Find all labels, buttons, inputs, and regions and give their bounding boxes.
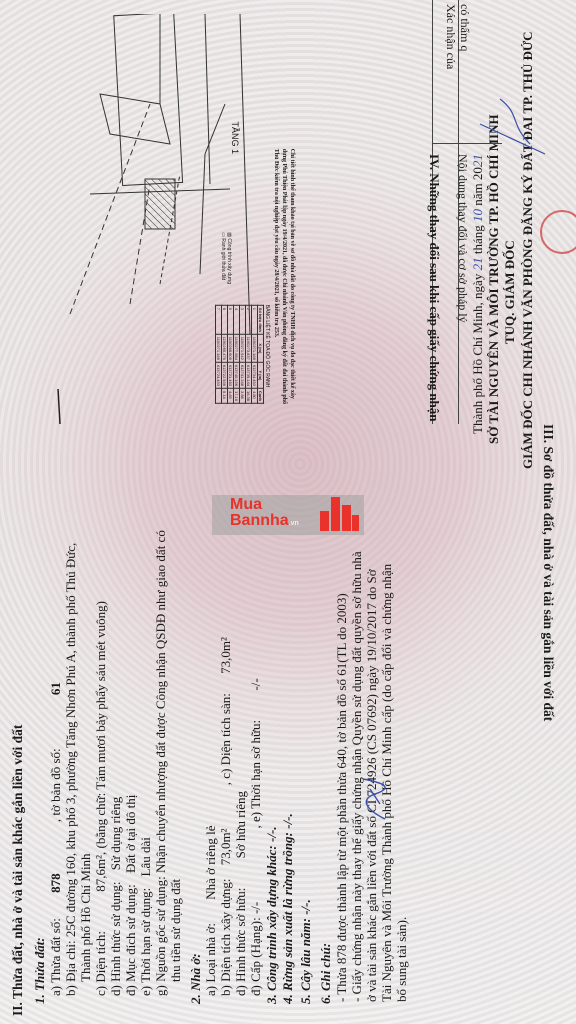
coord-header: X (m) — [258, 334, 264, 362]
grade-row: đ) Cấp (Hạng): -/- , e) Thời hạn sở hữu:… — [248, 678, 263, 996]
floor-label: TẦNG 1 — [230, 121, 240, 154]
table-row: 21190273.837613739.14416.38 — [246, 305, 252, 403]
house-type-value: Nhà ở riêng lẻ — [203, 825, 218, 899]
section-4-title: IV. Những thay đổi sau khi cấp giấy chứn… — [426, 154, 442, 422]
own-term-label: , e) Thời hạn sở hữu: — [248, 720, 263, 829]
use-form-value: Sử dụng riêng — [108, 797, 123, 871]
grade-label: đ) Cấp (Hạng): — [248, 917, 263, 996]
term-value: Lâu dài — [138, 837, 153, 876]
issue-month: 10 — [470, 209, 485, 222]
map-sheet-number: 61 — [48, 682, 63, 695]
grade-value: -/- — [248, 902, 263, 914]
perennial-trees: 5. Cây lâu năm: -/-. — [298, 899, 313, 1004]
parcel-row: a) Thửa đất số: 878 , tờ bản đồ số: 61 — [48, 682, 63, 996]
coord-cell: 7 — [216, 305, 222, 334]
coord-cell: 16.38 — [246, 388, 252, 403]
survey-note-line: Thủ Đức kiểm tra nội nghiệp đạt yêu cầu … — [272, 149, 280, 404]
ownership-row: d) Hình thức sở hữu: Sở hữu riêng — [233, 791, 248, 996]
coord-cell: 3.88 — [240, 388, 246, 403]
coordinate-table: Số hiệu đỉnhX (m)Y (m)Cạnh11190271.16861… — [215, 305, 264, 404]
legend-item-building: ▨ Công trình xây dựng — [226, 232, 232, 284]
term-label: e) Thời hạn sử dụng: — [138, 888, 153, 996]
proxy-title: TUQ. GIÁM ĐỐC — [502, 240, 517, 344]
coordinate-table-block: BẢNG LIỆT KÊ TỌA ĐỘ GÓC RANH Số hiệu đỉn… — [215, 305, 270, 404]
address-row: b) Địa chỉ: 25C đường 160, khu phố 3, ph… — [63, 543, 78, 996]
year-label: năm 20 — [470, 167, 485, 206]
coord-cell: 1190271.942 — [240, 334, 246, 362]
coord-cell: 17.16 — [234, 388, 240, 403]
legend-item-boundary: ▭ Ranh giới thửa đất — [220, 232, 226, 284]
watermark-brand-top: Mua — [230, 497, 299, 513]
coord-cell: 613740.196 — [234, 362, 240, 388]
survey-note-line: dựng Phú Thiện Phát lập ngày 19/4/2021, … — [280, 149, 288, 404]
origin-value: Nhận chuyển nhượng đất được Công nhận QS… — [153, 530, 168, 873]
parcel-number: 878 — [48, 873, 63, 893]
month-label: tháng — [470, 225, 485, 254]
ownership-label: d) Hình thức sở hữu: — [233, 888, 248, 996]
note-line-5: bổ sung tài sản). — [394, 917, 409, 1002]
coord-header: Số hiệu đỉnh — [258, 305, 264, 334]
area-label: c) Diện tích: — [93, 931, 108, 996]
watermark: Mua Bannha.vn — [212, 495, 364, 535]
coordinate-table-title: BẢNG LIỆT KÊ TỌA ĐỘ GÓC RANH — [264, 305, 270, 404]
watermark-brand: Mua Bannha.vn — [230, 497, 299, 532]
table-row: 31190271.942613741.2483.88 — [240, 305, 246, 403]
coord-cell: 4 — [234, 305, 240, 334]
table-row: 11190271.168613734.4934.80 — [252, 305, 258, 403]
section-2-title: II. Thửa đất, nhà ở và tài sản khác gắn … — [10, 725, 26, 1016]
signature-mark — [470, 94, 550, 164]
table-row: 41190277.584613740.19617.16 — [234, 305, 240, 403]
coord-cell: 4.89 — [228, 388, 234, 403]
house-type-row: a) Loại nhà ở: Nhà ở riêng lẻ — [203, 825, 218, 996]
parcel-label: a) Thửa đất số: — [48, 918, 63, 996]
survey-note: Chi tiết hình thể tham khảo tại bản vẽ s… — [272, 149, 296, 404]
north-arrow — [58, 389, 60, 424]
coord-cell: 613739.144 — [246, 362, 252, 388]
area-value: 87,6m², (bằng chữ: Tám mươi bảy phẩy sáu… — [93, 601, 108, 892]
coord-cell: 613721.463 — [228, 362, 234, 388]
floor-area-label: , c) Diện tích sàn: — [218, 693, 233, 785]
note-line-1: - Thửa 878 được thành lập từ một phần th… — [334, 593, 349, 1002]
area-row: c) Diện tích: 87,6m², (bằng chữ: Tám mươ… — [93, 601, 108, 996]
watermark-logo-icon — [320, 497, 360, 533]
issue-day: 21 — [470, 257, 485, 270]
certificate-photo: II. Thửa đất, nhà ở và tài sản khác gắn … — [0, 0, 576, 1024]
origin-row: g) Nguồn gốc sử dụng: Nhận chuyển nhượng… — [153, 530, 168, 996]
map-legend: ▨ Công trình xây dựng ▭ Ranh giới thửa đ… — [220, 232, 232, 284]
coord-header: Cạnh — [258, 388, 264, 403]
floor-area-value: 73,0m² — [218, 637, 233, 674]
coord-cell: 4.80 — [252, 388, 258, 403]
coord-cell: 5 — [228, 305, 234, 334]
own-term-value: -/- — [248, 678, 263, 690]
purpose-value: Đất ở tại đô thị — [123, 795, 138, 873]
watermark-brand-bottom: Bannha — [230, 512, 289, 529]
coord-cell: 3 — [240, 305, 246, 334]
map-sheet-label: , tờ bản đồ số: — [48, 748, 63, 822]
coord-cell: 1190265.476 — [222, 334, 228, 362]
signature-scribble — [355, 774, 395, 824]
coord-cell — [216, 388, 222, 403]
survey-note-line: Chi tiết hình thể tham khảo tại bản vẽ s… — [288, 149, 296, 404]
built-area-row: b) Diện tích xây dựng: 73,0m² , c) Diện … — [218, 637, 233, 996]
ownership-value: Sở hữu riêng — [233, 791, 248, 858]
use-form-label: d) Hình thức sử dụng: — [108, 882, 123, 996]
term-row: e) Thời hạn sử dụng: Lâu dài — [138, 837, 153, 996]
section-4-col2-line1: Xác nhận của — [443, 4, 458, 69]
legend-label: Công trình xây dựng — [226, 238, 232, 284]
address-label: b) Địa chỉ: — [63, 940, 78, 996]
coord-cell: 5.14 — [222, 388, 228, 403]
purpose-label: đ) Mục đích sử dụng: — [123, 884, 138, 996]
coord-cell: 1190271.168 — [252, 334, 258, 362]
coord-cell: 1190271.168 — [216, 334, 222, 362]
built-area-label: b) Diện tích xây dựng: — [218, 878, 233, 996]
coord-cell: 613722.536 — [222, 362, 228, 388]
address-line2: Thành phố Hồ Chí Minh — [78, 853, 93, 982]
address-value: 25C đường 160, khu phố 3, phường Tăng Nh… — [63, 543, 78, 937]
table-row: 71190271.168613724.493 — [216, 305, 222, 403]
table-row: 51190268.606613721.4634.89 — [228, 305, 234, 403]
coord-cell: 6 — [222, 305, 228, 334]
official-seal — [540, 210, 576, 254]
section-3-title: III. Sơ đồ thửa đất, nhà ở và tài sản gắ… — [540, 424, 556, 721]
coord-cell: 1 — [252, 305, 258, 334]
building-footprint — [145, 179, 175, 229]
coord-header: Y (m) — [258, 362, 264, 388]
notes-heading: 6. Ghi chú: — [318, 943, 333, 1004]
coord-cell: 2 — [246, 305, 252, 334]
section-4-col1: Nội dung thay đổi và cơ sở pháp lý — [455, 154, 470, 323]
house-type-label: a) Loại nhà ở: — [203, 923, 218, 996]
coord-cell: 613724.493 — [216, 362, 222, 388]
origin-label: g) Nguồn gốc sử dụng: — [153, 876, 168, 996]
use-form-row: d) Hình thức sử dụng: Sử dụng riêng — [108, 797, 123, 996]
coord-cell: 1190273.837 — [246, 334, 252, 362]
land-heading: 1. Thửa đất: — [32, 937, 47, 1004]
coord-cell: 1190268.606 — [228, 334, 234, 362]
origin-line2: thu tiền sử dụng đất — [168, 879, 183, 982]
coord-cell: 1190277.584 — [234, 334, 240, 362]
table-row: 61190265.476613722.5365.14 — [222, 305, 228, 403]
watermark-suffix: .vn — [289, 520, 299, 527]
coord-cell: 613741.248 — [240, 362, 246, 388]
section-4-col2-line2: có thẩm q — [457, 4, 472, 51]
house-heading: 2. Nhà ở: — [188, 953, 203, 1004]
built-area-value: 73,0m² — [218, 828, 233, 865]
place-date-prefix: Thành phố Hồ Chí Minh, ngày — [470, 274, 485, 434]
purpose-row: đ) Mục đích sử dụng: Đất ở tại đô thị — [123, 795, 138, 996]
production-forest: 4. Rừng sản xuất là rừng trồng: -/-. — [280, 813, 295, 1004]
place-date: Thành phố Hồ Chí Minh, ngày 21 tháng 10 … — [470, 154, 485, 434]
section-4-col-divider — [432, 143, 502, 144]
coord-cell: 613734.493 — [252, 362, 258, 388]
other-construction: 3. Công trình xây dựng khác: -/-. — [264, 826, 279, 1004]
legend-label: Ranh giới thửa đất — [220, 238, 226, 280]
